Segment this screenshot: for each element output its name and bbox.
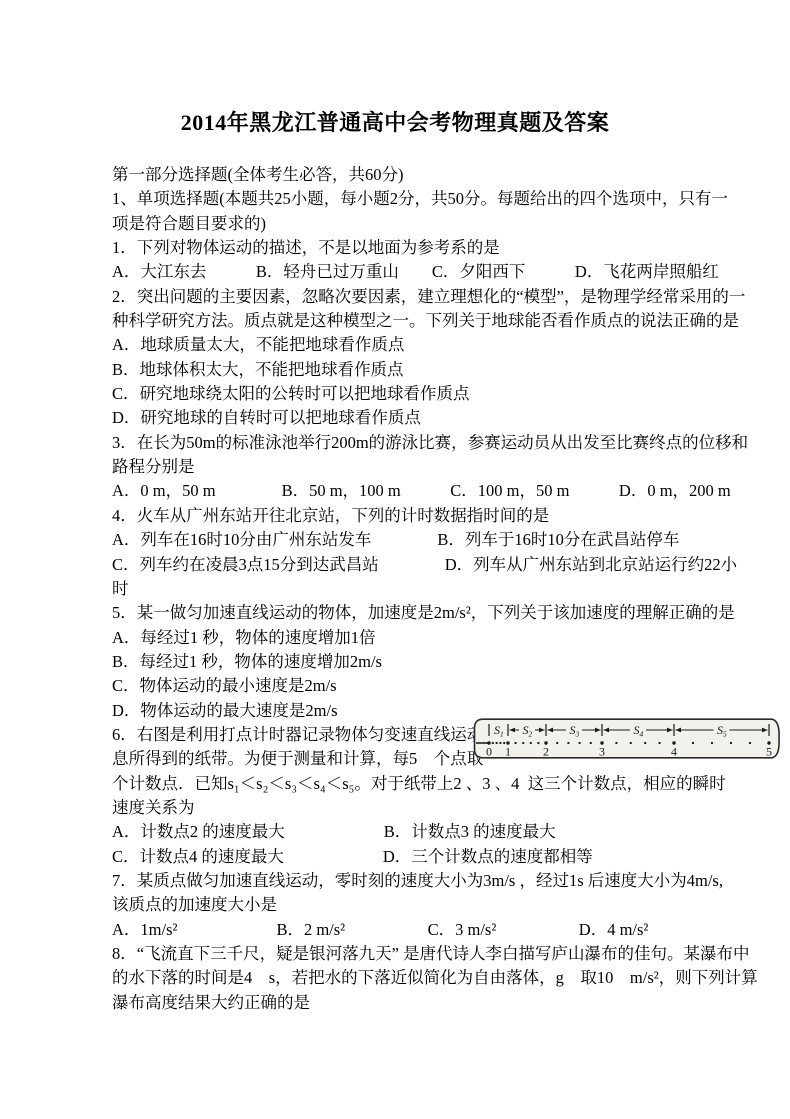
tape-point-label: 3 xyxy=(599,745,605,759)
tape-point-label: 0 xyxy=(486,745,492,759)
tape-dot xyxy=(478,742,480,744)
text-line: C．列车约在凌晨3点15分到达武昌站 D．列车从广州东站到北京站运行约22小 xyxy=(112,553,722,577)
text-line: 4．火车从广州东站开往北京站，下列的计时数据指时间的是 xyxy=(112,504,722,528)
text-line: 速度关系为 xyxy=(112,796,722,820)
tape-dot xyxy=(556,742,558,744)
tape-dot xyxy=(644,742,646,744)
tape-dot xyxy=(530,742,532,744)
text-line: A．每经过1 秒，物体的速度增加1倍 xyxy=(112,626,722,650)
tape-dot xyxy=(480,742,482,744)
tape-point-label: 1 xyxy=(505,745,511,759)
text-line: 7．某质点做匀加速直线运动，零时刻的速度大小为3m/s ，经过1s 后速度大小为… xyxy=(112,869,722,893)
text-line: A．1m/s² B．2 m/s² C．3 m/s² D．4 m/s² xyxy=(112,918,722,942)
tape-dot xyxy=(514,742,516,744)
text-line: 3．在长为50m的标准泳池举行200m的游泳比赛，参赛运动员从出发至比赛终点的位… xyxy=(112,431,722,455)
tape-dot xyxy=(499,742,501,744)
document-title: 2014年黑龙江普通高中会考物理真题及答案 xyxy=(0,106,790,137)
text-line: 1、单项选择题(本题共25小题，每小题2分，共50分。每题给出的四个选项中，只有… xyxy=(112,187,722,211)
tape-dot xyxy=(630,742,632,744)
tape-dot xyxy=(503,742,505,744)
text-line: B．每经过1 秒，物体的速度增加2m/s xyxy=(112,650,722,674)
page: 2014年黑龙江普通高中会考物理真题及答案 第一部分选择题(全体考生必答，共60… xyxy=(0,0,790,1119)
text-line: 8．“飞流直下三千尺，疑是银河落九天” 是唐代诗人李白描写庐山瀑布的佳句。某瀑布… xyxy=(112,942,722,966)
text-line: C．研究地球绕太阳的公转时可以把地球看作质点 xyxy=(112,382,722,406)
tape-dot xyxy=(711,742,713,744)
text-line: 时 xyxy=(112,577,722,601)
text-line: 的水下落的时间是4 s，若把水的下落近似简化为自由落体，g 取10 m/s²，则… xyxy=(112,966,722,990)
tape-dot xyxy=(749,742,751,744)
tape-dot xyxy=(482,742,484,744)
text-line: C．物体运动的最小速度是2m/s xyxy=(112,674,722,698)
text-line: 种科学研究方法。质点就是这种模型之一。下列关于地球能否看作质点的说法正确的是 xyxy=(112,309,722,333)
tape-dot xyxy=(730,742,732,744)
tape-dot xyxy=(522,742,524,744)
text-line: B．地球体积太大，不能把地球看作质点 xyxy=(112,358,722,382)
document-body: 第一部分选择题(全体考生必答，共60分)1、单项选择题(本题共25小题，每小题2… xyxy=(112,163,722,1015)
text-line: A．计数点2 的速度最大 B．计数点3 的速度最大 xyxy=(112,820,722,844)
text-line: 项是符合题目要求的) xyxy=(112,212,722,236)
tape-point-label: 5 xyxy=(766,745,772,759)
tape-dot xyxy=(492,742,494,744)
tape-dot xyxy=(537,742,539,744)
text-line: 瀑布高度结果大约正确的是 xyxy=(112,991,722,1015)
text-line: A．大江东去 B．轻舟已过万重山 C．夕阳西下 D．飞花两岸照船红 xyxy=(112,260,722,284)
text-line: C．计数点4 的速度最大 D．三个计数点的速度都相等 xyxy=(112,845,722,869)
tape-dot xyxy=(692,742,694,744)
text-line: 1．下列对物体运动的描述，不是以地面为参考系的是 xyxy=(112,236,722,260)
tape-dot xyxy=(476,742,478,744)
text-line: A．0 m，50 m B．50 m，100 m C．100 m，50 m D．0… xyxy=(112,479,722,503)
text-line: A．列车在16时10分由广州东站发车 B．列车于16时10分在武昌站停车 xyxy=(112,528,722,552)
tape-point-label: 4 xyxy=(671,745,677,759)
text-line: 第一部分选择题(全体考生必答，共60分) xyxy=(112,163,722,187)
text-line: 2．突出问题的主要因素，忽略次要因素，建立理想化的“模型”，是物理学经常采用的一 xyxy=(112,285,722,309)
paper-tape-figure: 01S12S23S34S45S5 xyxy=(472,717,782,760)
tape-point-label: 2 xyxy=(543,745,549,759)
tape-dot xyxy=(495,742,497,744)
tape-dot xyxy=(567,742,569,744)
text-line: 该质点的加速度大小是 xyxy=(112,893,722,917)
tape-dot xyxy=(590,742,592,744)
text-line: 5．某一做匀加速直线运动的物体，加速度是2m/s²，下列关于该加速度的理解正确的… xyxy=(112,601,722,625)
text-line: 路程分别是 xyxy=(112,455,722,479)
tape-dot xyxy=(658,742,660,744)
text-line: 个计数点．已知s₁＜s₂＜s₃＜s₄＜s₅。对于纸带上2 、3 、4 这三个计数… xyxy=(112,772,722,796)
text-line: A．地球质量太大，不能把地球看作质点 xyxy=(112,333,722,357)
tape-dot xyxy=(578,742,580,744)
tape-dot xyxy=(615,742,617,744)
text-line: D．研究地球的自转时可以把地球看作质点 xyxy=(112,406,722,430)
